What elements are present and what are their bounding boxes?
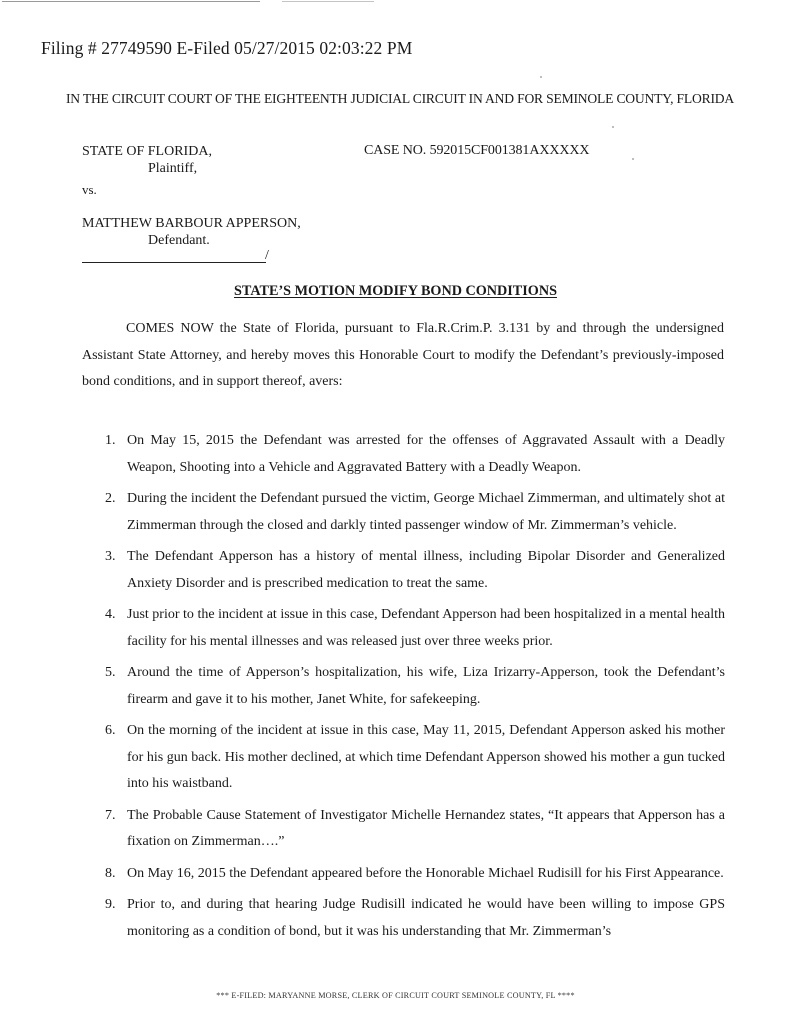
versus-label: vs. (82, 182, 97, 198)
list-item-text: Around the time of Apperson’s hospitaliz… (127, 665, 725, 707)
list-item-number: 5. (105, 660, 116, 687)
list-item-number: 2. (105, 486, 116, 513)
list-item-number: 7. (105, 803, 116, 830)
clerk-footer: *** E-FILED: MARYANNE MORSE, CLERK OF CI… (0, 991, 791, 1000)
list-item-text: The Defendant Apperson has a history of … (127, 549, 725, 591)
intro-text: COMES NOW the State of Florida, pursuant… (82, 316, 724, 396)
defendant-role: Defendant. (82, 232, 301, 249)
list-item-text: On May 15, 2015 the Defendant was arrest… (127, 433, 725, 475)
list-item-text: During the incident the Defendant pursue… (127, 491, 725, 533)
list-item-text: The Probable Cause Statement of Investig… (127, 808, 725, 850)
document-title-text: STATE’S MOTION MODIFY BOND CONDITIONS (234, 283, 557, 299)
case-number: CASE NO. 592015CF001381AXXXXX (364, 143, 589, 159)
list-item-number: 3. (105, 544, 116, 571)
list-item-number: 9. (105, 892, 116, 919)
list-item-text: On May 16, 2015 the Defendant appeared b… (127, 866, 724, 881)
scan-speck (540, 76, 542, 78)
scan-artifact-line (2, 1, 260, 2)
list-item-text: Just prior to the incident at issue in t… (127, 607, 725, 649)
scan-speck (632, 158, 634, 160)
plaintiff-name: STATE OF FLORIDA, (82, 143, 212, 160)
list-item: 5.Around the time of Apperson’s hospital… (105, 660, 725, 713)
caption-rule-end: / (265, 248, 269, 264)
list-item-number: 8. (105, 861, 116, 888)
list-item: 6.On the morning of the incident at issu… (105, 718, 725, 798)
plaintiff-role: Plaintiff, (82, 160, 212, 177)
list-item-number: 1. (105, 428, 116, 455)
intro-paragraph: COMES NOW the State of Florida, pursuant… (82, 316, 724, 396)
list-item: 8.On May 16, 2015 the Defendant appeared… (105, 861, 725, 888)
caption-rule (82, 250, 266, 263)
list-item-number: 4. (105, 602, 116, 629)
scan-artifact-line (282, 1, 374, 2)
list-item-text: Prior to, and during that hearing Judge … (127, 897, 725, 939)
filing-stamp: Filing # 27749590 E-Filed 05/27/2015 02:… (41, 38, 412, 59)
court-heading: IN THE CIRCUIT COURT OF THE EIGHTEENTH J… (60, 90, 740, 107)
defendant-name: MATTHEW BARBOUR APPERSON, (82, 215, 301, 232)
plaintiff-block: STATE OF FLORIDA, Plaintiff, (82, 143, 212, 177)
document-title: STATE’S MOTION MODIFY BOND CONDITIONS (0, 283, 791, 300)
list-item: 2.During the incident the Defendant purs… (105, 486, 725, 539)
list-item-number: 6. (105, 718, 116, 745)
defendant-block: MATTHEW BARBOUR APPERSON, Defendant. (82, 215, 301, 249)
scan-speck (612, 126, 614, 128)
list-item-text: On the morning of the incident at issue … (127, 723, 725, 791)
list-item: 4.Just prior to the incident at issue in… (105, 602, 725, 655)
list-item: 1.On May 15, 2015 the Defendant was arre… (105, 428, 725, 481)
list-item: 7.The Probable Cause Statement of Invest… (105, 803, 725, 856)
list-item: 3.The Defendant Apperson has a history o… (105, 544, 725, 597)
list-item: 9.Prior to, and during that hearing Judg… (105, 892, 725, 945)
numbered-paragraphs: 1.On May 15, 2015 the Defendant was arre… (105, 428, 725, 950)
